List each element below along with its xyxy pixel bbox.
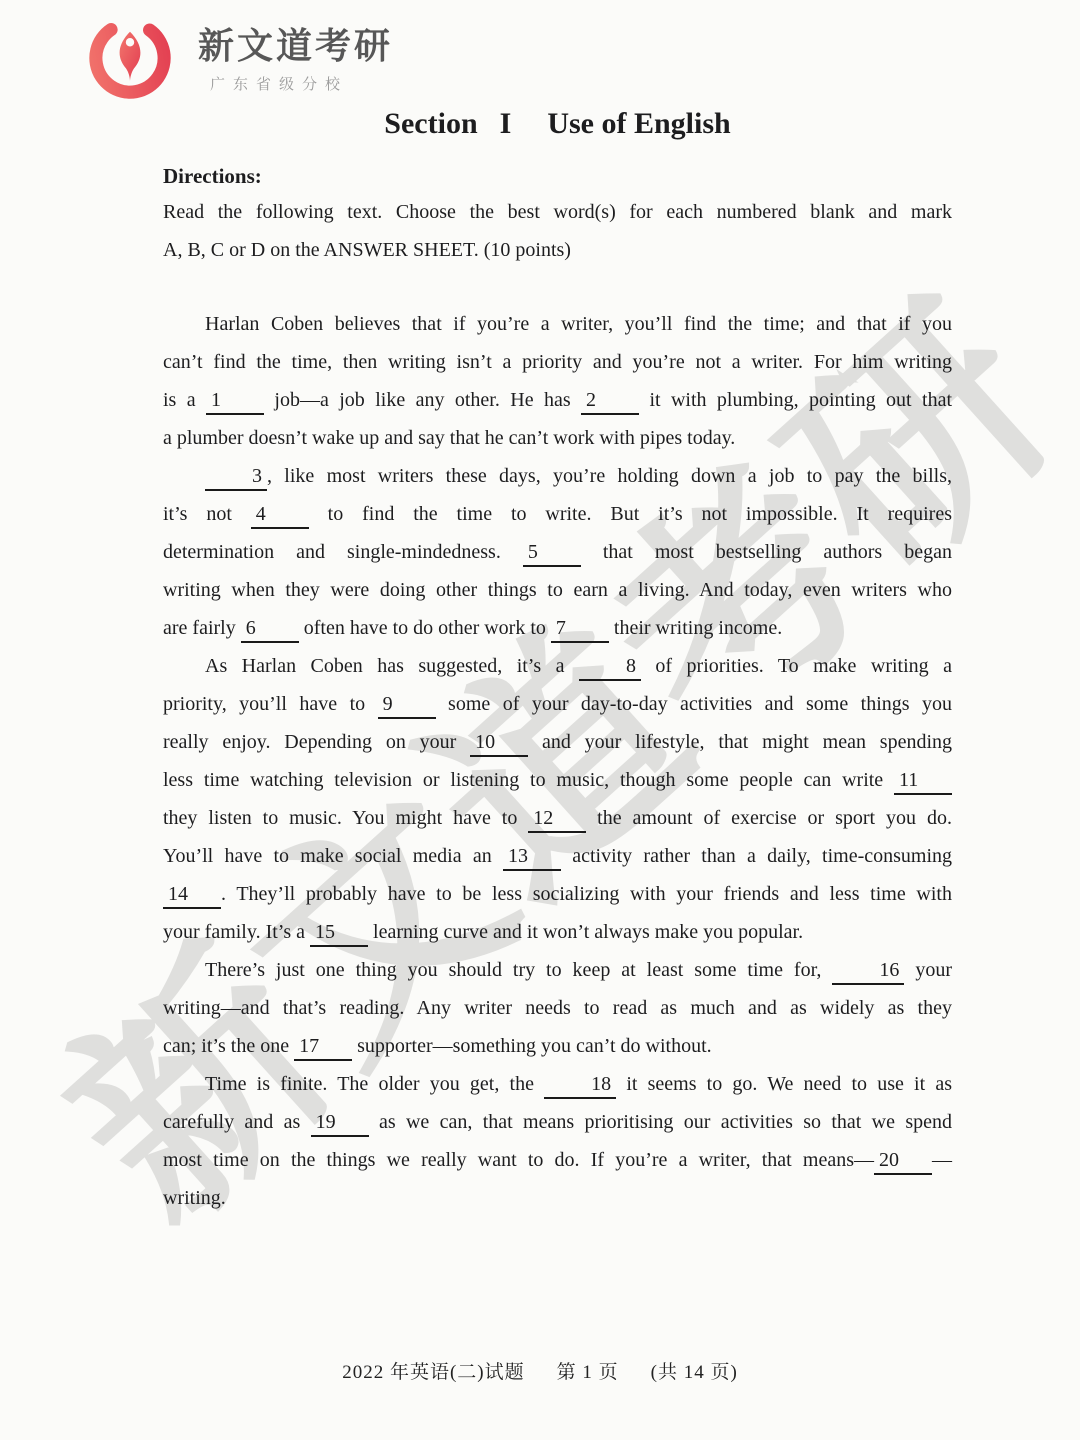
passage-line: writing when they were doing other thing… <box>163 571 952 609</box>
page-footer: 2022 年英语(二)试题 第 1 页 (共 14 页) <box>0 1357 1080 1384</box>
blank-8: 8 <box>579 653 641 681</box>
directions-label: Directions: <box>163 164 952 189</box>
blank-19: 19 <box>311 1109 369 1137</box>
directions: Read the following text. Choose the best… <box>163 193 952 269</box>
brand-logo: 新文道考研 广东省级分校 <box>88 16 393 100</box>
passage-line: 14. They’ll probably have to be less soc… <box>163 875 952 913</box>
passage-line: writing. <box>163 1179 952 1217</box>
directions-line: Read the following text. Choose the best… <box>163 193 952 231</box>
footer-exam-title: 2022 年英语(二)试题 <box>342 1357 524 1384</box>
passage-line: can; it’s the one 17 supporter—something… <box>163 1027 952 1065</box>
phoenix-icon <box>88 16 172 100</box>
footer-page-number: 第 1 页 <box>557 1357 619 1384</box>
blank-14: 14 <box>163 881 221 909</box>
blank-18: 18 <box>544 1071 616 1099</box>
passage-line: 3, like most writers these days, you’re … <box>163 457 952 495</box>
passage-line: As Harlan Coben has suggested, it’s a 8 … <box>163 647 952 685</box>
blank-4: 4 <box>251 501 309 529</box>
blank-12: 12 <box>528 805 586 833</box>
blank-3: 3 <box>205 463 267 491</box>
directions-line: A, B, C or D on the ANSWER SHEET. (10 po… <box>163 231 952 269</box>
passage-line: they listen to music. You might have to … <box>163 799 952 837</box>
passage-line: Time is finite. The older you get, the 1… <box>163 1065 952 1103</box>
passage-line: Harlan Coben believes that if you’re a w… <box>163 305 952 343</box>
passage-line: writing—and that’s reading. Any writer n… <box>163 989 952 1027</box>
blank-17: 17 <box>294 1033 352 1061</box>
blank-20: 20 <box>874 1147 932 1175</box>
passage-line: can’t find the time, then writing isn’t … <box>163 343 952 381</box>
passage-line: is a 1 job—a job like any other. He has … <box>163 381 952 419</box>
footer-total-pages: (共 14 页) <box>651 1357 738 1384</box>
passage-line: priority, you’ll have to 9 some of your … <box>163 685 952 723</box>
title-name: Use of English <box>547 107 730 140</box>
title-section: Section <box>384 107 477 140</box>
passage-line: really enjoy. Depending on your 10 and y… <box>163 723 952 761</box>
passage-line: determination and single-mindedness. 5 t… <box>163 533 952 571</box>
passage-line: There’s just one thing you should try to… <box>163 951 952 989</box>
blank-15: 15 <box>310 919 368 947</box>
passage: Harlan Coben believes that if you’re a w… <box>163 305 952 1217</box>
blank-9: 9 <box>378 691 436 719</box>
passage-line: most time on the things we really want t… <box>163 1141 952 1179</box>
brand-subtitle: 广东省级分校 <box>198 73 393 94</box>
passage-line: it’s not 4 to find the time to write. Bu… <box>163 495 952 533</box>
passage-line: are fairly 6 often have to do other work… <box>163 609 952 647</box>
blank-5: 5 <box>523 539 581 567</box>
blank-7: 7 <box>551 615 609 643</box>
blank-6: 6 <box>241 615 299 643</box>
blank-10: 10 <box>470 729 528 757</box>
passage-line: carefully and as 19 as we can, that mean… <box>163 1103 952 1141</box>
page-title: SectionIUse of English <box>163 106 952 142</box>
blank-13: 13 <box>503 843 561 871</box>
brand-name: 新文道考研 <box>198 28 393 64</box>
blank-11: 11 <box>894 767 952 795</box>
passage-line: You’ll have to make social media an 13 a… <box>163 837 952 875</box>
blank-1: 1 <box>206 387 264 415</box>
title-numeral: I <box>500 107 512 140</box>
passage-line: a plumber doesn’t wake up and say that h… <box>163 419 952 457</box>
passage-line: less time watching television or listeni… <box>163 761 952 799</box>
blank-2: 2 <box>581 387 639 415</box>
exam-page: SectionIUse of English Directions: Read … <box>0 0 1080 1217</box>
blank-16: 16 <box>832 957 904 985</box>
passage-line: your family. It’s a 15 learning curve an… <box>163 913 952 951</box>
